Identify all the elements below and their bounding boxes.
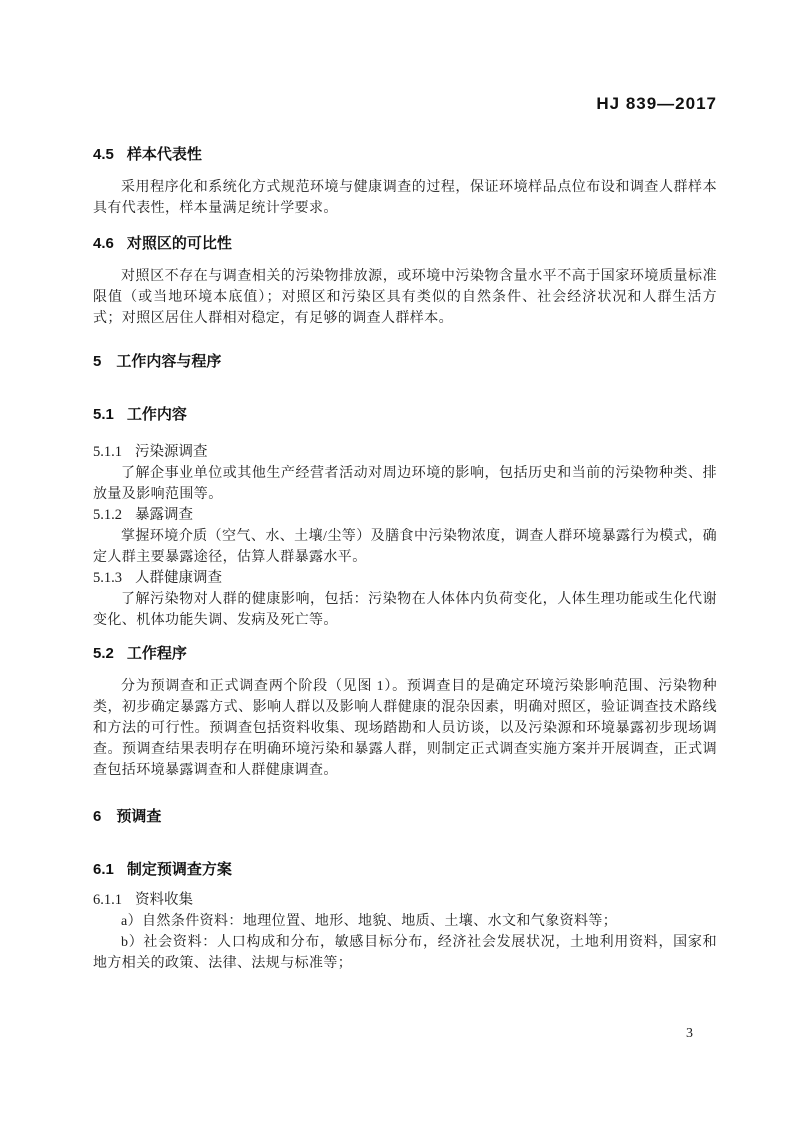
paragraph-4-5: 采用程序化和系统化方式规范环境与健康调查的过程，保证环境样品点位布设和调查人群样… [93, 177, 717, 219]
section-title-4-5: 样本代表性 [127, 146, 202, 163]
section-heading-6-1: 6.1制定预调查方案 [93, 859, 717, 880]
section-number-4-5: 4.5 [93, 146, 114, 163]
paragraph-5-2: 分为预调查和正式调查两个阶段（见图 1）。预调查目的是确定环境污染影响范围、污染… [93, 676, 717, 781]
section-title-4-6: 对照区的可比性 [127, 235, 232, 252]
paragraph-5-1-1: 了解企事业单位或其他生产经营者活动对周边环境的影响，包括历史和当前的污染物种类、… [93, 463, 717, 505]
section-number-5-1-3: 5.1.3 [93, 570, 122, 586]
section-heading-5-1-1: 5.1.1污染源调查 [93, 442, 717, 463]
section-heading-4-6: 4.6对照区的可比性 [93, 233, 717, 254]
section-number-5: 5 [93, 353, 101, 370]
list-item-b: b）社会资料：人口构成和分布，敏感目标分布，经济社会发展状况，土地利用资料，国家… [93, 932, 717, 974]
section-title-5-1-3: 人群健康调查 [135, 570, 222, 586]
section-title-6-1-1: 资料收集 [135, 892, 193, 908]
section-number-6-1: 6.1 [93, 861, 114, 878]
paragraph-5-1-2: 掌握环境介质（空气、水、土壤/尘等）及膳食中污染物浓度，调查人群环境暴露行为模式… [93, 526, 717, 568]
section-title-5-2: 工作程序 [127, 645, 187, 662]
section-heading-5-2: 5.2工作程序 [93, 643, 717, 664]
section-heading-5-1: 5.1工作内容 [93, 404, 717, 425]
section-title-6: 预调查 [116, 808, 161, 825]
standard-code: HJ 839—2017 [93, 94, 717, 114]
section-heading-6: 6预调查 [93, 806, 717, 827]
section-title-5-1-2: 暴露调查 [135, 507, 193, 523]
section-number-5-1-2: 5.1.2 [93, 507, 122, 523]
list-item-a: a）自然条件资料：地理位置、地形、地貌、地质、土壤、水文和气象资料等； [93, 911, 717, 932]
section-number-5-1: 5.1 [93, 406, 114, 423]
section-title-5-1-1: 污染源调查 [135, 444, 208, 460]
section-title-5: 工作内容与程序 [116, 353, 221, 370]
section-number-6: 6 [93, 808, 101, 825]
section-heading-5: 5工作内容与程序 [93, 351, 717, 372]
section-number-6-1-1: 6.1.1 [93, 892, 122, 908]
paragraph-4-6: 对照区不存在与调查相关的污染物排放源，或环境中污染物含量水平不高于国家环境质量标… [93, 266, 717, 329]
section-number-4-6: 4.6 [93, 235, 114, 252]
section-heading-4-5: 4.5样本代表性 [93, 144, 717, 165]
section-number-5-1-1: 5.1.1 [93, 444, 122, 460]
section-title-6-1: 制定预调查方案 [127, 861, 232, 878]
section-title-5-1: 工作内容 [127, 406, 187, 423]
paragraph-5-1-3: 了解污染物对人群的健康影响，包括：污染物在人体体内负荷变化，人体生理功能或生化代… [93, 589, 717, 631]
section-heading-5-1-3: 5.1.3人群健康调查 [93, 568, 717, 589]
page-number: 3 [686, 1026, 693, 1042]
section-number-5-2: 5.2 [93, 645, 114, 662]
document-page: HJ 839—2017 4.5样本代表性 采用程序化和系统化方式规范环境与健康调… [0, 0, 793, 1122]
section-heading-6-1-1: 6.1.1资料收集 [93, 890, 717, 911]
section-heading-5-1-2: 5.1.2暴露调查 [93, 505, 717, 526]
